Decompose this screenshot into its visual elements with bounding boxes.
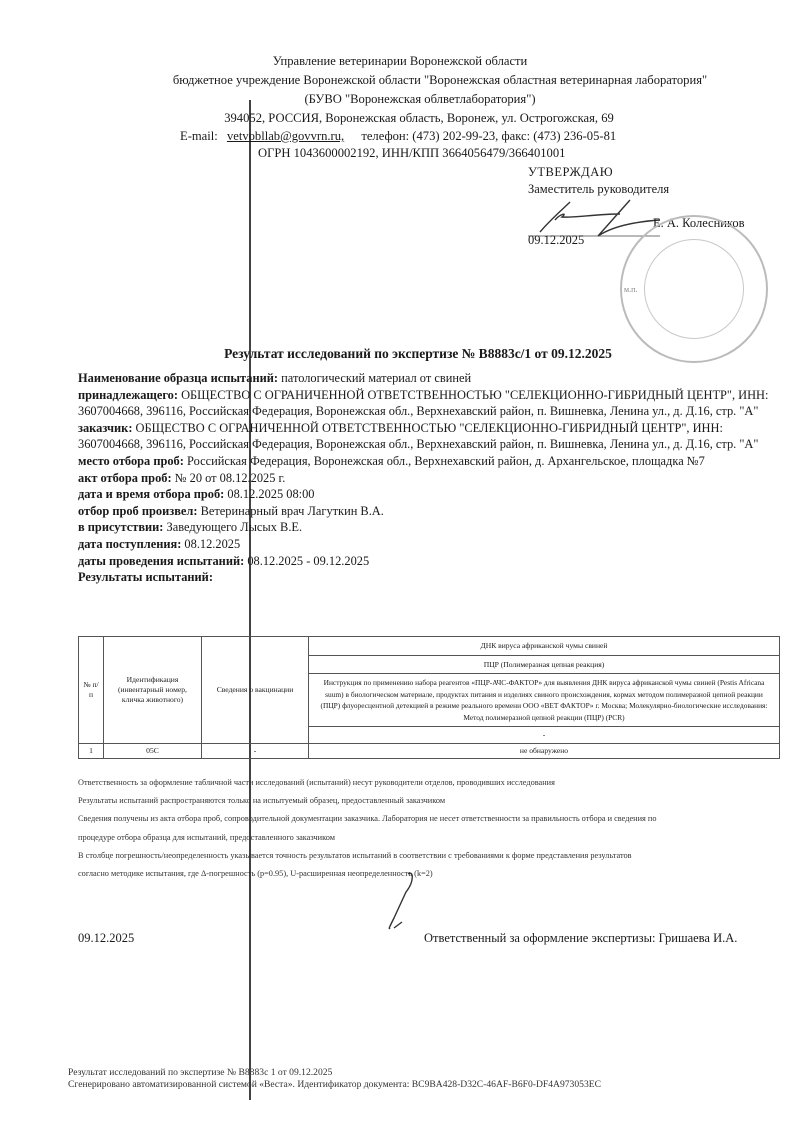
signoff-date: 09.12.2025 xyxy=(78,929,134,947)
col-header-norm-value: - xyxy=(309,727,780,744)
info-owner: принадлежащего: ОБЩЕСТВО С ОГРАНИЧЕННОЙ … xyxy=(78,387,778,420)
stamp-label: м.п. xyxy=(624,285,637,294)
seal-stamp-icon: м.п. xyxy=(620,215,768,363)
cell-identification: 05C xyxy=(104,744,202,759)
cell-vaccination: - xyxy=(202,744,309,759)
info-test-dates: даты проведения испытаний: 08.12.2025 - … xyxy=(78,553,778,570)
notes-block: Ответственность за оформление табличной … xyxy=(78,774,657,883)
info-in-presence: в присутствии: Заведующего Лысых В.Е. xyxy=(78,519,778,536)
footer-doc-ref: Результат исследований по экспертизе № B… xyxy=(68,1067,332,1078)
note-line: Сведения получены из акта отбора проб, с… xyxy=(78,810,657,828)
footer-generated-id: Сгенерировано автоматизированной системо… xyxy=(68,1079,601,1090)
col-header-method: ПЦР (Полимеразная цепная реакция) xyxy=(309,656,780,674)
email-link[interactable]: vetvobllab@govvrn.ru, xyxy=(227,129,344,143)
approval-date: 09.12.2025 xyxy=(528,231,584,249)
info-sampled-by: отбор проб произвел: Ветеринарный врач Л… xyxy=(78,503,778,520)
cell-number: 1 xyxy=(79,744,104,759)
header-registration: ОГРН 1043600002192, ИНН/КПП 3664056479/3… xyxy=(258,144,565,163)
scan-artifact-line xyxy=(249,100,251,1100)
note-line: Ответственность за оформление табличной … xyxy=(78,774,657,792)
signoff-responsible: Ответственный за оформление экспертизы: … xyxy=(424,929,737,947)
results-table: № п/п Идентификация (инвентарный номер, … xyxy=(78,636,780,759)
col-header-indicator: ДНК вируса африканской чумы свиней xyxy=(309,637,780,656)
info-sampling-act: акт отбора проб: № 20 от 08.12.2025 г. xyxy=(78,470,778,487)
sample-info: Наименование образца испытаний: патологи… xyxy=(78,370,778,586)
header-address: 394052, РОССИЯ, Воронежская область, Вор… xyxy=(0,109,800,128)
note-line: В столбце погрешность/неопределенность у… xyxy=(78,847,657,865)
col-header-identification: Идентификация (инвентарный номер, кличка… xyxy=(104,637,202,744)
header-institution: бюджетное учреждение Воронежской области… xyxy=(0,71,800,90)
info-customer: заказчик: ОБЩЕСТВО С ОГРАНИЧЕННОЙ ОТВЕТС… xyxy=(78,420,778,453)
note-line: согласно методике испытания, где Δ-погре… xyxy=(78,865,657,883)
col-header-vaccination: Сведения о вакцинации xyxy=(202,637,309,744)
responsible-signature-icon xyxy=(380,870,430,935)
info-receipt-date: дата поступления: 08.12.2025 xyxy=(78,536,778,553)
table-row: 1 05C - не обнаружено xyxy=(79,744,780,759)
email-label: E-mail: xyxy=(180,129,218,143)
table-header-row: № п/п Идентификация (инвентарный номер, … xyxy=(79,637,780,656)
phone-fax: телефон: (473) 202-99-23, факс: (473) 23… xyxy=(361,129,616,143)
info-sampling-place: место отбора проб: Российская Федерация,… xyxy=(78,453,778,470)
col-header-number: № п/п xyxy=(79,637,104,744)
header-short-name: (БУВО "Воронежская облветлаборатория") xyxy=(0,90,800,109)
note-line: Результаты испытаний распространяются то… xyxy=(78,792,657,810)
approval-heading: УТВЕРЖДАЮ xyxy=(528,163,613,181)
note-line: процедуре отбора образца для испытаний, … xyxy=(78,829,657,847)
header-ministry: Управление ветеринарии Воронежской облас… xyxy=(0,52,800,71)
seal-inner-ring xyxy=(644,239,744,339)
document-title: Результат исследований по экспертизе № B… xyxy=(0,346,800,362)
cell-result: не обнаружено xyxy=(309,744,780,759)
info-results-heading: Результаты испытаний: xyxy=(78,569,778,586)
info-sampling-datetime: дата и время отбора проб: 08.12.2025 08:… xyxy=(78,486,778,503)
col-header-normative-doc: Инструкция по применению набора реагенто… xyxy=(309,674,780,727)
info-sample-name: Наименование образца испытаний: патологи… xyxy=(78,370,778,387)
